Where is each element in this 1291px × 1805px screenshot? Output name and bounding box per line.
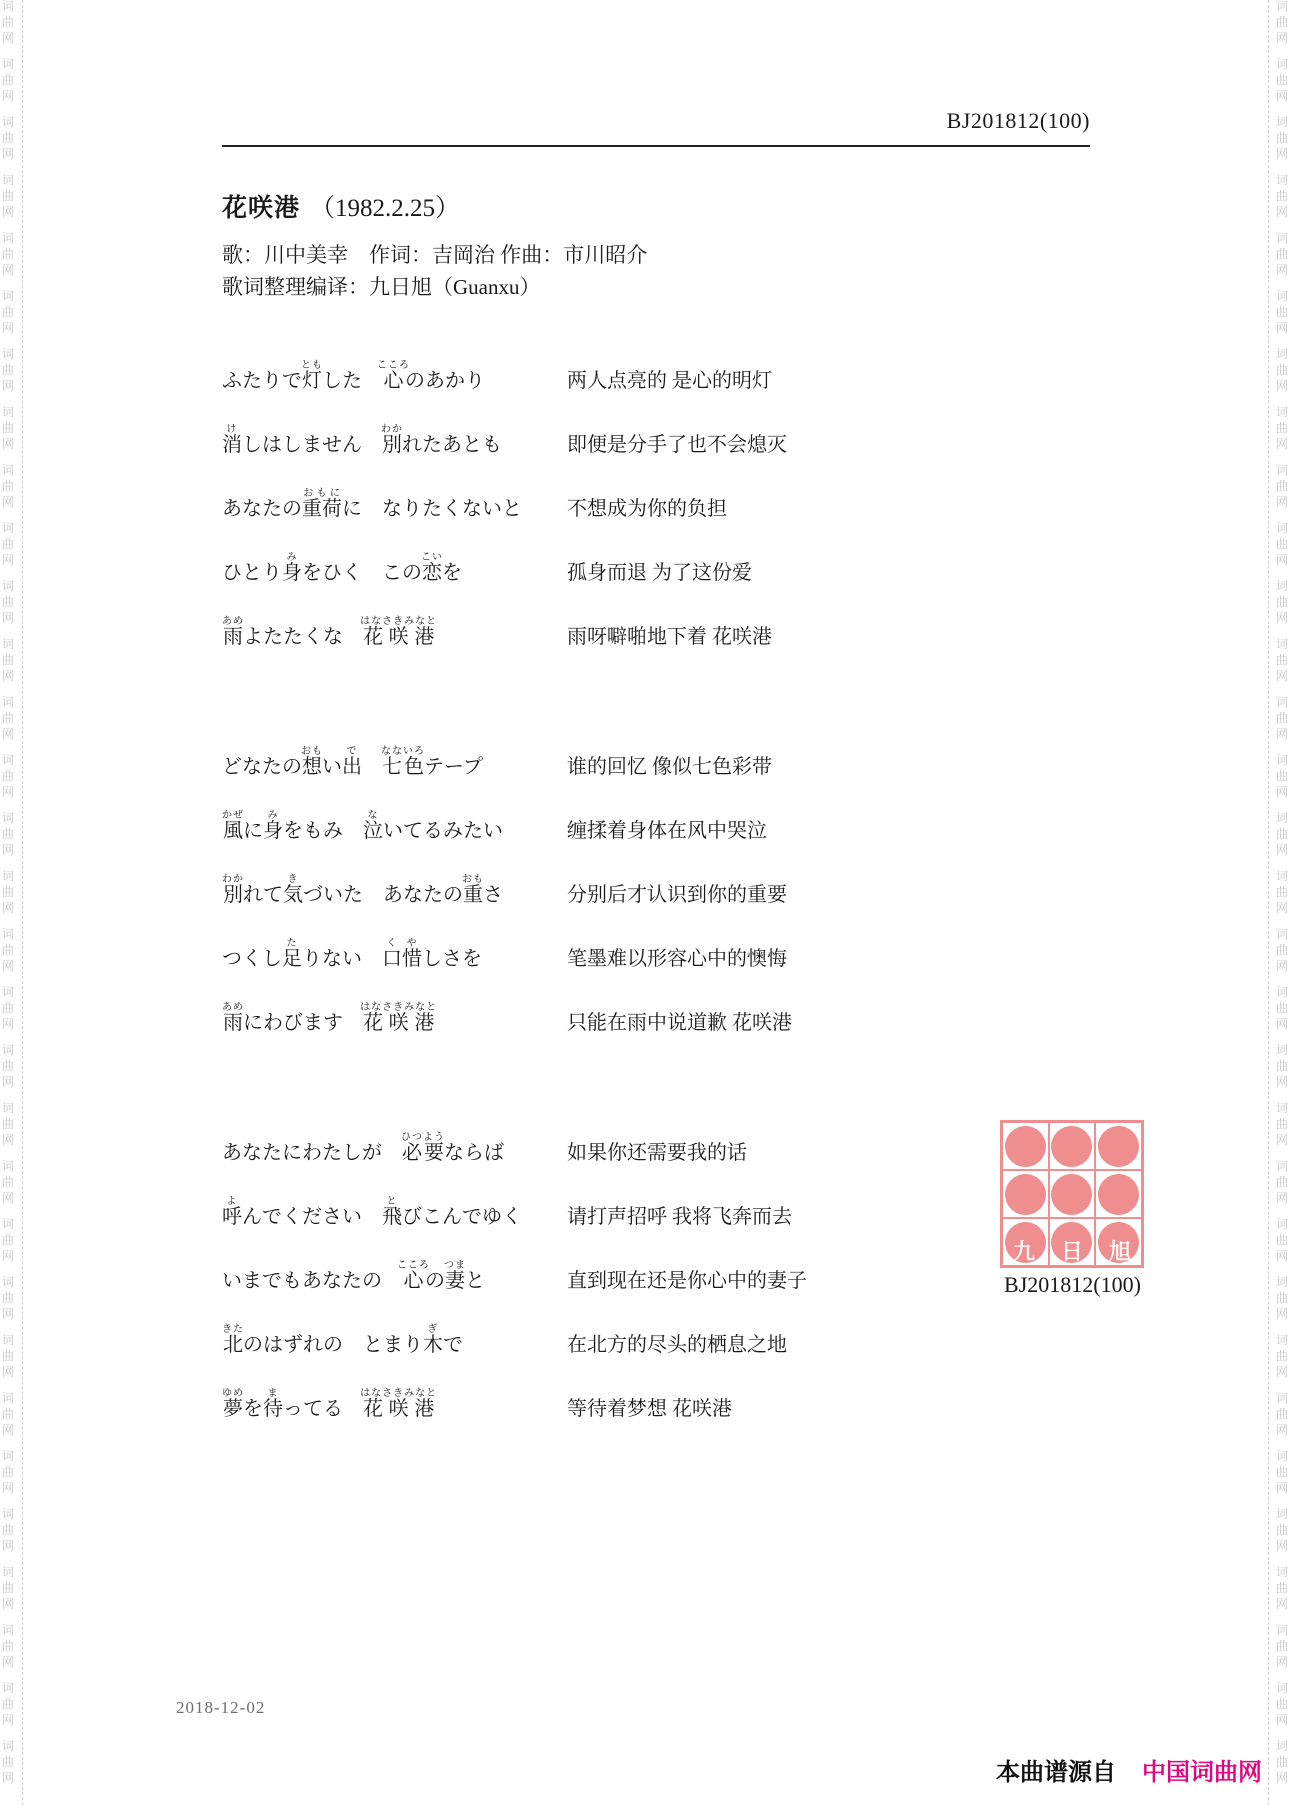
watermark-char: 网 — [1276, 1424, 1288, 1436]
watermark-char: 词 — [1276, 1392, 1288, 1404]
chinese-translation: 在北方的尽头的栖息之地 — [567, 1332, 787, 1358]
watermark-char: 网 — [1276, 496, 1288, 508]
watermark-char: 曲 — [1276, 1234, 1288, 1246]
watermark-char: 曲 — [1276, 1176, 1288, 1188]
watermark-char: 词 — [2, 638, 14, 650]
watermark-group: 词曲网 — [0, 1276, 22, 1320]
watermark-char: 曲 — [2, 828, 14, 840]
watermark-group: 词曲网 — [1269, 696, 1291, 740]
lyrics-line: 別わかれて気きづいた あなたの重おもさ分别后才认识到你的重要 — [222, 844, 1102, 908]
watermark-char: 曲 — [1276, 944, 1288, 956]
lyrics-line: いまでもあなたの 心こころの妻つまと直到现在还是你心中的妻子 — [222, 1230, 1102, 1294]
watermark-char: 网 — [2, 1018, 14, 1030]
japanese-lyric: あなたの重荷おもにに なりたくないと — [222, 488, 567, 522]
watermark-group: 词曲网 — [1269, 1740, 1291, 1784]
lyrics-verse: どなたの想おもい出で 七色なないろテープ谁的回忆 像似七色彩带風かぜに身みをもみ… — [222, 716, 1102, 1036]
lyrics-line: どなたの想おもい出で 七色なないろテープ谁的回忆 像似七色彩带 — [222, 716, 1102, 780]
watermark-char: 曲 — [1276, 248, 1288, 260]
seal-dot — [1051, 1174, 1092, 1215]
watermark-char: 网 — [2, 728, 14, 740]
watermark-group: 词曲网 — [1269, 812, 1291, 856]
japanese-lyric: 風かぜに身みをもみ 泣ないてるみたい — [222, 810, 567, 844]
watermark-char: 曲 — [2, 306, 14, 318]
watermark-char: 网 — [2, 1192, 14, 1204]
document-code: BJ201812(100) — [947, 108, 1090, 134]
watermark-group: 词曲网 — [1269, 1334, 1291, 1378]
watermark-group: 词曲网 — [0, 1682, 22, 1726]
watermark-char: 网 — [1276, 1250, 1288, 1262]
seal-name-char: 日 — [1061, 1235, 1083, 1266]
lyrics-line: 呼よんでください 飛とびこんでゆく请打声招呼 我将飞奔而去 — [222, 1166, 1102, 1230]
watermark-char: 词 — [2, 1508, 14, 1520]
watermark-char: 词 — [1276, 696, 1288, 708]
watermark-char: 词 — [2, 1102, 14, 1114]
watermark-char: 词 — [2, 986, 14, 998]
watermark-group: 词曲网 — [0, 1566, 22, 1610]
watermark-group: 词曲网 — [1269, 870, 1291, 914]
seal-grid-cell — [1096, 1123, 1141, 1169]
watermark-char: 曲 — [1276, 364, 1288, 376]
lyrics-line: ふたりで灯ともした 心こころのあかり两人点亮的 是心的明灯 — [222, 330, 1102, 394]
watermark-char: 网 — [1276, 1482, 1288, 1494]
watermark-char: 网 — [1276, 612, 1288, 624]
watermark-char: 曲 — [2, 1524, 14, 1536]
chinese-translation: 孤身而退 为了这份爱 — [567, 560, 752, 586]
watermark-char: 网 — [1276, 1134, 1288, 1146]
chinese-translation: 笔墨难以形容心中的懊悔 — [567, 946, 787, 972]
watermark-char: 网 — [1276, 670, 1288, 682]
right-watermark-strip: 词曲网词曲网词曲网词曲网词曲网词曲网词曲网词曲网词曲网词曲网词曲网词曲网词曲网词… — [1268, 0, 1291, 1805]
lyrics-line: あなたの重荷おもにに なりたくないと不想成为你的负担 — [222, 458, 1102, 522]
japanese-lyric: いまでもあなたの 心こころの妻つまと — [222, 1260, 567, 1294]
watermark-char: 词 — [1276, 1624, 1288, 1636]
watermark-char: 网 — [1276, 1366, 1288, 1378]
watermark-char: 网 — [2, 496, 14, 508]
watermark-group: 词曲网 — [1269, 580, 1291, 624]
watermark-group: 词曲网 — [0, 1392, 22, 1436]
chinese-translation: 直到现在还是你心中的妻子 — [567, 1268, 807, 1294]
left-watermark-strip: 词曲网词曲网词曲网词曲网词曲网词曲网词曲网词曲网词曲网词曲网词曲网词曲网词曲网词… — [0, 0, 23, 1805]
watermark-char: 网 — [2, 1482, 14, 1494]
watermark-group: 词曲网 — [1269, 290, 1291, 334]
watermark-group: 词曲网 — [1269, 1160, 1291, 1204]
watermark-char: 曲 — [1276, 828, 1288, 840]
watermark-group: 词曲网 — [1269, 406, 1291, 450]
watermark-group: 词曲网 — [1269, 1508, 1291, 1552]
watermark-char: 网 — [1276, 960, 1288, 972]
watermark-group: 词曲网 — [1269, 116, 1291, 160]
watermark-char: 网 — [1276, 1598, 1288, 1610]
watermark-char: 词 — [2, 928, 14, 940]
watermark-group: 词曲网 — [0, 0, 22, 44]
watermark-char: 网 — [1276, 786, 1288, 798]
watermark-char: 词 — [1276, 754, 1288, 766]
watermark-char: 曲 — [2, 1756, 14, 1768]
watermark-char: 曲 — [1276, 712, 1288, 724]
watermark-char: 词 — [2, 232, 14, 244]
watermark-char: 词 — [2, 116, 14, 128]
watermark-group: 词曲网 — [0, 290, 22, 334]
watermark-group: 词曲网 — [0, 1102, 22, 1146]
watermark-group: 词曲网 — [0, 1160, 22, 1204]
watermark-group: 词曲网 — [1269, 986, 1291, 1030]
watermark-group: 词曲网 — [1269, 638, 1291, 682]
watermark-char: 网 — [2, 206, 14, 218]
watermark-char: 网 — [1276, 206, 1288, 218]
watermark-char: 曲 — [1276, 132, 1288, 144]
watermark-char: 曲 — [2, 1582, 14, 1594]
watermark-char: 网 — [2, 1424, 14, 1436]
watermark-char: 曲 — [1276, 1002, 1288, 1014]
watermark-char: 网 — [1276, 554, 1288, 566]
watermark-char: 曲 — [2, 1002, 14, 1014]
watermark-char: 曲 — [1276, 480, 1288, 492]
watermark-char: 网 — [1276, 438, 1288, 450]
japanese-lyric: 夢ゆめを待まってる 花咲港はなさきみなと — [222, 1388, 567, 1422]
watermark-char: 曲 — [2, 1176, 14, 1188]
watermark-char: 网 — [1276, 1772, 1288, 1784]
watermark-group: 词曲网 — [0, 754, 22, 798]
watermark-char: 词 — [2, 522, 14, 534]
watermark-char: 词 — [1276, 232, 1288, 244]
watermark-char: 词 — [2, 754, 14, 766]
japanese-lyric: ふたりで灯ともした 心こころのあかり — [222, 360, 567, 394]
lyrics-line: 北きたのはずれの とまり木ぎで在北方的尽头的栖息之地 — [222, 1294, 1102, 1358]
watermark-char: 词 — [1276, 1682, 1288, 1694]
watermark-char: 词 — [1276, 1334, 1288, 1346]
chinese-translation: 两人点亮的 是心的明灯 — [567, 368, 772, 394]
watermark-group: 词曲网 — [0, 1624, 22, 1668]
watermark-char: 词 — [1276, 1218, 1288, 1230]
watermark-group: 词曲网 — [1269, 1566, 1291, 1610]
watermark-char: 词 — [2, 58, 14, 70]
watermark-char: 词 — [1276, 406, 1288, 418]
watermark-char: 曲 — [1276, 770, 1288, 782]
watermark-char: 曲 — [2, 538, 14, 550]
watermark-char: 网 — [1276, 380, 1288, 392]
watermark-char: 网 — [2, 1134, 14, 1146]
watermark-char: 曲 — [2, 74, 14, 86]
watermark-group: 词曲网 — [1269, 754, 1291, 798]
chinese-translation: 请打声招呼 我将飞奔而去 — [567, 1204, 792, 1230]
watermark-char: 网 — [1276, 32, 1288, 44]
song-title-row: 花咲港（1982.2.25） — [222, 188, 460, 224]
chinese-translation: 不想成为你的负担 — [567, 496, 727, 522]
watermark-group: 词曲网 — [0, 1740, 22, 1784]
watermark-char: 网 — [2, 902, 14, 914]
watermark-char: 曲 — [2, 712, 14, 724]
watermark-char: 网 — [1276, 1308, 1288, 1320]
watermark-char: 词 — [2, 1276, 14, 1288]
watermark-char: 曲 — [2, 886, 14, 898]
watermark-char: 网 — [1276, 1076, 1288, 1088]
lyrics-verse: あなたにわたしが 必要ひつようならば如果你还需要我的话呼よんでください 飛とびこ… — [222, 1102, 1102, 1422]
watermark-char: 曲 — [2, 1350, 14, 1362]
watermark-char: 曲 — [2, 654, 14, 666]
footer-date: 2018-12-02 — [176, 1698, 265, 1718]
watermark-char: 词 — [1276, 348, 1288, 360]
watermark-char: 网 — [2, 960, 14, 972]
japanese-lyric: 雨あめよたたくな 花咲港はなさきみなと — [222, 616, 567, 650]
lyrics-sheet-page: 词曲网词曲网词曲网词曲网词曲网词曲网词曲网词曲网词曲网词曲网词曲网词曲网词曲网词… — [0, 0, 1291, 1805]
stamp-caption: BJ201812(100) — [985, 1272, 1160, 1298]
watermark-group: 词曲网 — [0, 1218, 22, 1262]
seal-grid-cell — [1003, 1123, 1048, 1169]
watermark-char: 曲 — [2, 1640, 14, 1652]
watermark-group: 词曲网 — [1269, 522, 1291, 566]
seal-dot — [1005, 1126, 1046, 1167]
watermark-char: 曲 — [1276, 1524, 1288, 1536]
watermark-char: 词 — [1276, 1508, 1288, 1520]
chinese-translation: 即便是分手了也不会熄灭 — [567, 432, 787, 458]
watermark-char: 曲 — [1276, 1118, 1288, 1130]
watermark-group: 词曲网 — [1269, 0, 1291, 44]
japanese-lyric: 雨あめにわびます 花咲港はなさきみなと — [222, 1002, 567, 1036]
lyrics-line: あなたにわたしが 必要ひつようならば如果你还需要我的话 — [222, 1102, 1102, 1166]
watermark-char: 曲 — [2, 1060, 14, 1072]
watermark-char: 网 — [2, 1714, 14, 1726]
watermark-char: 网 — [2, 1366, 14, 1378]
chinese-translation: 等待着梦想 花咲港 — [567, 1396, 732, 1422]
watermark-group: 词曲网 — [0, 1044, 22, 1088]
watermark-group: 词曲网 — [0, 1508, 22, 1552]
watermark-char: 词 — [1276, 464, 1288, 476]
watermark-group: 词曲网 — [1269, 58, 1291, 102]
seal-dot — [1005, 1174, 1046, 1215]
watermark-char: 词 — [1276, 174, 1288, 186]
seal-grid-cell — [1050, 1123, 1095, 1169]
header-rule — [222, 145, 1090, 147]
watermark-group: 词曲网 — [0, 928, 22, 972]
watermark-char: 网 — [1276, 1656, 1288, 1668]
watermark-group: 词曲网 — [0, 406, 22, 450]
watermark-char: 曲 — [1276, 1292, 1288, 1304]
watermark-group: 词曲网 — [0, 870, 22, 914]
watermark-char: 网 — [1276, 728, 1288, 740]
watermark-char: 曲 — [2, 1466, 14, 1478]
watermark-char: 曲 — [1276, 16, 1288, 28]
watermark-char: 词 — [2, 1044, 14, 1056]
watermark-char: 网 — [2, 438, 14, 450]
watermark-char: 曲 — [2, 364, 14, 376]
watermark-char: 词 — [2, 464, 14, 476]
watermark-char: 曲 — [2, 132, 14, 144]
lyrics-line: 夢ゆめを待まってる 花咲港はなさきみなと等待着梦想 花咲港 — [222, 1358, 1102, 1422]
seal-name-char: 九 — [1013, 1235, 1035, 1266]
song-release-date: （1982.2.25） — [310, 195, 460, 222]
watermark-char: 曲 — [1276, 886, 1288, 898]
watermark-char: 网 — [2, 264, 14, 276]
watermark-group: 词曲网 — [1269, 1450, 1291, 1494]
watermark-char: 词 — [1276, 1740, 1288, 1752]
chinese-translation: 谁的回忆 像似七色彩带 — [567, 754, 772, 780]
watermark-char: 曲 — [2, 16, 14, 28]
watermark-group: 词曲网 — [1269, 928, 1291, 972]
watermark-group: 词曲网 — [0, 116, 22, 160]
watermark-char: 词 — [2, 580, 14, 592]
watermark-char: 曲 — [1276, 1408, 1288, 1420]
seal-dot — [1098, 1126, 1139, 1167]
seal-name-char: 旭 — [1109, 1235, 1131, 1266]
watermark-char: 词 — [1276, 522, 1288, 534]
watermark-group: 词曲网 — [0, 464, 22, 508]
watermark-group: 词曲网 — [0, 986, 22, 1030]
watermark-group: 词曲网 — [0, 812, 22, 856]
watermark-char: 曲 — [2, 1118, 14, 1130]
seal-stamp-name: 九日旭 — [1000, 1235, 1144, 1266]
lyrics-line: 雨あめよたたくな 花咲港はなさきみなと雨呀噼啪地下着 花咲港 — [222, 586, 1102, 650]
watermark-char: 曲 — [1276, 422, 1288, 434]
watermark-group: 词曲网 — [1269, 1044, 1291, 1088]
watermark-char: 词 — [2, 1566, 14, 1578]
watermark-group: 词曲网 — [0, 696, 22, 740]
watermark-char: 网 — [1276, 322, 1288, 334]
watermark-char: 词 — [2, 1334, 14, 1346]
watermark-char: 曲 — [1276, 306, 1288, 318]
watermark-char: 曲 — [2, 1698, 14, 1710]
japanese-lyric: どなたの想おもい出で 七色なないろテープ — [222, 746, 567, 780]
watermark-char: 曲 — [2, 422, 14, 434]
watermark-char: 网 — [1276, 1540, 1288, 1552]
watermark-group: 词曲网 — [1269, 1682, 1291, 1726]
watermark-char: 曲 — [1276, 1698, 1288, 1710]
watermark-char: 网 — [2, 1656, 14, 1668]
watermark-group: 词曲网 — [0, 232, 22, 276]
watermark-char: 词 — [1276, 638, 1288, 650]
watermark-char: 曲 — [1276, 190, 1288, 202]
watermark-char: 网 — [1276, 1018, 1288, 1030]
watermark-char: 网 — [2, 670, 14, 682]
watermark-char: 网 — [2, 1076, 14, 1088]
watermark-char: 网 — [1276, 1714, 1288, 1726]
watermark-char: 词 — [2, 0, 14, 12]
watermark-group: 词曲网 — [0, 348, 22, 392]
watermark-char: 网 — [2, 32, 14, 44]
lyrics-line: 消けしはしません 別わかれたあとも即便是分手了也不会熄灭 — [222, 394, 1102, 458]
watermark-char: 网 — [2, 322, 14, 334]
watermark-char: 网 — [1276, 264, 1288, 276]
watermark-char: 词 — [1276, 580, 1288, 592]
watermark-char: 词 — [1276, 290, 1288, 302]
watermark-group: 词曲网 — [1269, 1218, 1291, 1262]
watermark-char: 曲 — [2, 480, 14, 492]
watermark-char: 曲 — [1276, 538, 1288, 550]
seal-dot — [1098, 1174, 1139, 1215]
japanese-lyric: 北きたのはずれの とまり木ぎで — [222, 1324, 567, 1358]
chinese-translation: 缠揉着身体在风中哭泣 — [567, 818, 767, 844]
chinese-translation: 分别后才认识到你的重要 — [567, 882, 787, 908]
watermark-group: 词曲网 — [1269, 232, 1291, 276]
watermark-char: 曲 — [1276, 1350, 1288, 1362]
watermark-char: 词 — [1276, 1102, 1288, 1114]
watermark-group: 词曲网 — [0, 58, 22, 102]
watermark-char: 曲 — [2, 190, 14, 202]
watermark-group: 词曲网 — [0, 1334, 22, 1378]
watermark-char: 网 — [2, 1598, 14, 1610]
watermark-char: 词 — [2, 1450, 14, 1462]
japanese-lyric: 別わかれて気きづいた あなたの重おもさ — [222, 874, 567, 908]
watermark-char: 词 — [1276, 116, 1288, 128]
footer-source: 本曲谱源自中国词曲网 — [996, 1752, 1262, 1787]
chinese-translation: 雨呀噼啪地下着 花咲港 — [567, 624, 772, 650]
watermark-char: 曲 — [1276, 1756, 1288, 1768]
watermark-group: 词曲网 — [1269, 464, 1291, 508]
watermark-group: 词曲网 — [0, 580, 22, 624]
watermark-char: 曲 — [1276, 1582, 1288, 1594]
watermark-char: 网 — [2, 1250, 14, 1262]
watermark-char: 曲 — [1276, 596, 1288, 608]
watermark-char: 词 — [2, 1624, 14, 1636]
watermark-char: 曲 — [2, 944, 14, 956]
watermark-char: 网 — [1276, 90, 1288, 102]
watermark-char: 词 — [2, 290, 14, 302]
watermark-char: 曲 — [1276, 1466, 1288, 1478]
watermark-char: 词 — [1276, 986, 1288, 998]
watermark-group: 词曲网 — [1269, 1102, 1291, 1146]
watermark-char: 词 — [1276, 1450, 1288, 1462]
seal-dot — [1051, 1126, 1092, 1167]
watermark-group: 词曲网 — [0, 522, 22, 566]
watermark-char: 网 — [2, 612, 14, 624]
watermark-char: 词 — [1276, 1276, 1288, 1288]
watermark-char: 网 — [2, 380, 14, 392]
credits-singer-lyricist-composer: 歌：川中美幸 作词：吉岡治 作曲：市川昭介 — [222, 239, 647, 269]
lyrics-line: ひとり身みをひく この恋こいを孤身而退 为了这份爱 — [222, 522, 1102, 586]
watermark-char: 词 — [1276, 928, 1288, 940]
watermark-char: 词 — [2, 1160, 14, 1172]
watermark-char: 曲 — [1276, 1640, 1288, 1652]
japanese-lyric: 消けしはしません 別わかれたあとも — [222, 424, 567, 458]
lyrics-verse: ふたりで灯ともした 心こころのあかり两人点亮的 是心的明灯消けしはしません 別わ… — [222, 330, 1102, 650]
watermark-char: 网 — [2, 90, 14, 102]
watermark-char: 曲 — [1276, 74, 1288, 86]
lyrics-block: ふたりで灯ともした 心こころのあかり两人点亮的 是心的明灯消けしはしません 別わ… — [222, 330, 1102, 1422]
japanese-lyric: 呼よんでください 飛とびこんでゆく — [222, 1196, 567, 1230]
watermark-char: 网 — [1276, 148, 1288, 160]
watermark-char: 词 — [2, 406, 14, 418]
watermark-char: 网 — [2, 148, 14, 160]
watermark-char: 网 — [2, 786, 14, 798]
watermark-group: 词曲网 — [0, 1450, 22, 1494]
song-title: 花咲港 — [222, 195, 300, 222]
watermark-char: 词 — [2, 870, 14, 882]
lyrics-line: 風かぜに身みをもみ 泣ないてるみたい缠揉着身体在风中哭泣 — [222, 780, 1102, 844]
lyrics-line: 雨あめにわびます 花咲港はなさきみなと只能在雨中说道歉 花咲港 — [222, 972, 1102, 1036]
watermark-char: 词 — [2, 1218, 14, 1230]
watermark-char: 词 — [2, 1682, 14, 1694]
seal-grid-cell — [1096, 1171, 1141, 1217]
watermark-char: 网 — [1276, 1192, 1288, 1204]
watermark-char: 曲 — [2, 596, 14, 608]
watermark-char: 词 — [2, 696, 14, 708]
watermark-group: 词曲网 — [0, 174, 22, 218]
seal-stamp: 九日旭 — [1000, 1120, 1144, 1268]
watermark-char: 词 — [2, 1392, 14, 1404]
seal-grid-cell — [1050, 1171, 1095, 1217]
watermark-char: 词 — [2, 348, 14, 360]
watermark-char: 曲 — [2, 1408, 14, 1420]
chinese-translation: 如果你还需要我的话 — [567, 1140, 747, 1166]
watermark-group: 词曲网 — [1269, 174, 1291, 218]
footer-source-site: 中国词曲网 — [1142, 1759, 1262, 1786]
watermark-char: 曲 — [2, 770, 14, 782]
watermark-char: 词 — [2, 174, 14, 186]
watermark-char: 词 — [1276, 58, 1288, 70]
footer-source-prefix: 本曲谱源自 — [996, 1759, 1116, 1786]
watermark-char: 词 — [2, 812, 14, 824]
watermark-char: 曲 — [2, 1234, 14, 1246]
watermark-char: 网 — [2, 844, 14, 856]
